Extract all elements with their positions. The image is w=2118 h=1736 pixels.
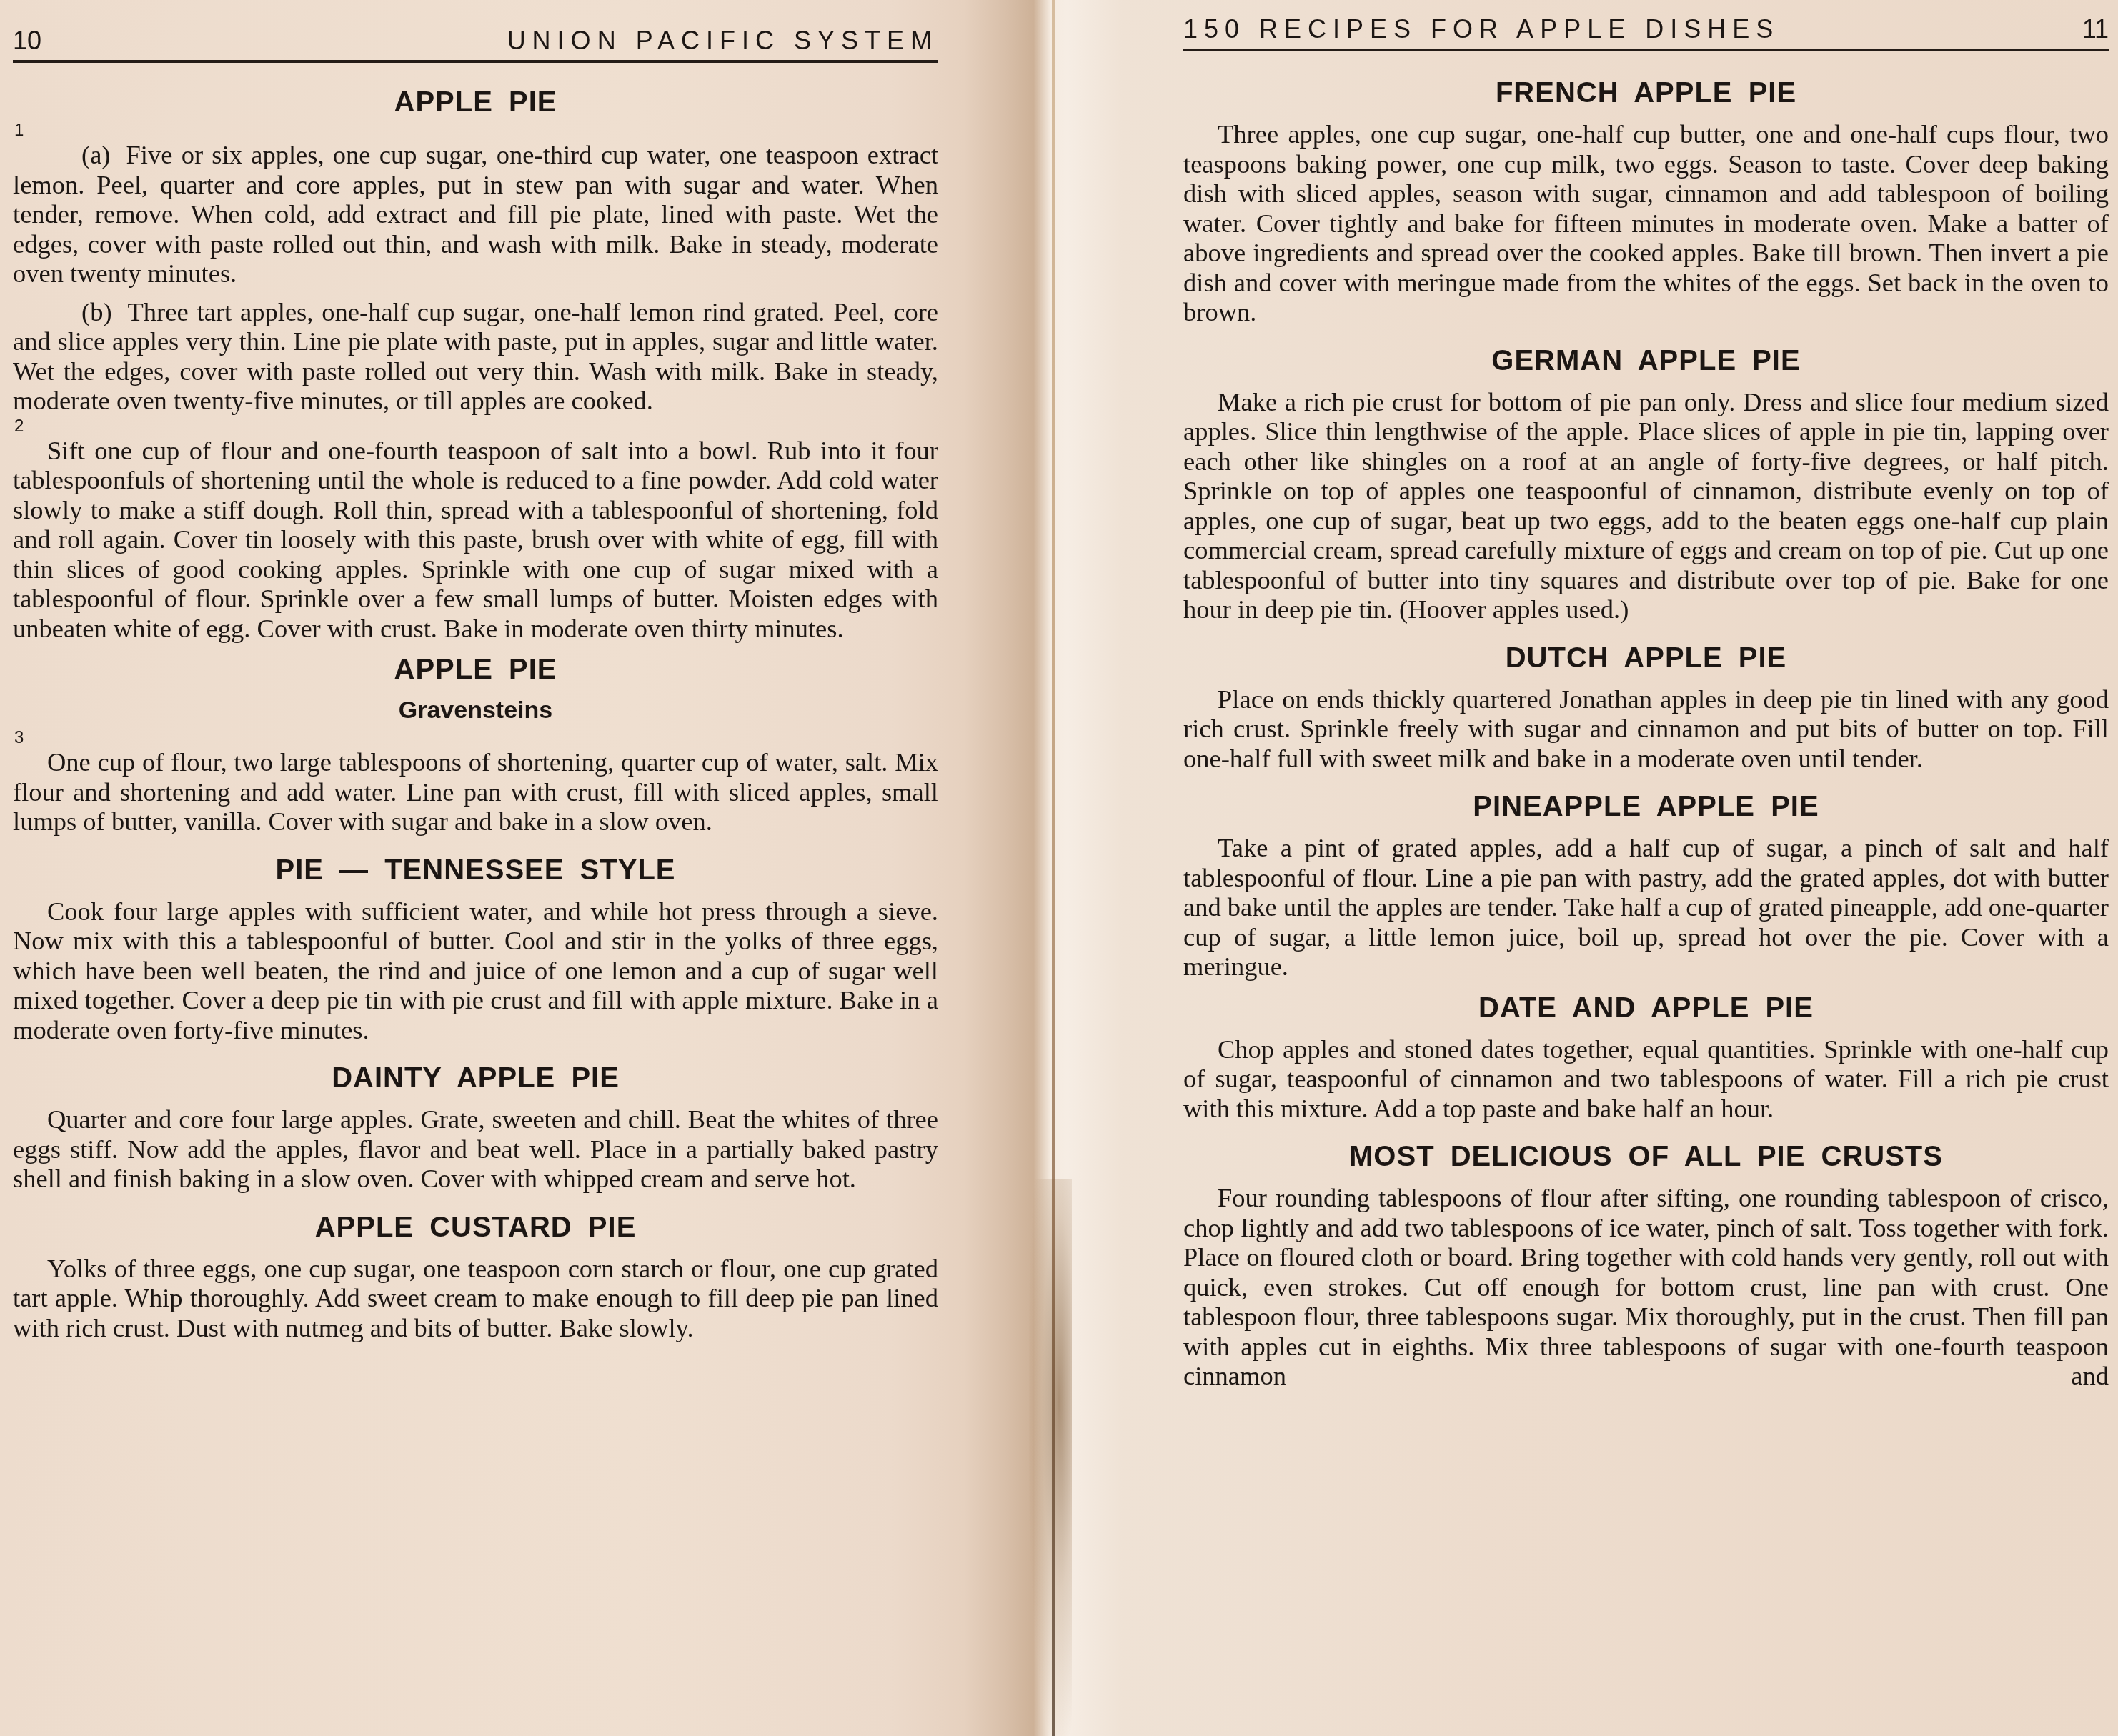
recipe-apple-custard-pie: APPLE CUSTARD PIE Yolks of three eggs, o…	[13, 1194, 938, 1343]
recipe-german-apple-pie: GERMAN APPLE PIE Make a rich pie crust f…	[1183, 327, 2109, 624]
recipe-paragraph: Yolks of three eggs, one cup sugar, one …	[13, 1254, 938, 1343]
recipe-number: 1	[14, 121, 938, 140]
recipe-tennessee-style: PIE — TENNESSEE STYLE Cook four large ap…	[13, 837, 938, 1045]
recipe-paragraph: Chop apples and stoned dates together, e…	[1183, 1034, 2109, 1124]
running-head-right: 150 RECIPES FOR APPLE DISHES 11	[1183, 9, 2109, 51]
recipe-title: APPLE PIE	[13, 652, 938, 687]
page-number: 11	[2082, 14, 2109, 44]
recipe-french-apple-pie: FRENCH APPLE PIE Three apples, one cup s…	[1183, 75, 2109, 327]
recipe-paragraph: Make a rich pie crust for bottom of pie …	[1183, 387, 2109, 624]
running-title: UNION PACIFIC SYSTEM	[507, 26, 938, 56]
recipe-pineapple-apple-pie: PINEAPPLE APPLE PIE Take a pint of grate…	[1183, 773, 2109, 982]
recipe-paragraph: Four rounding tablespoons of flour after…	[1183, 1183, 2109, 1391]
recipe-paragraph: (b)Three tart apples, one-half cup sugar…	[13, 297, 938, 416]
recipe-title: DATE AND APPLE PIE	[1183, 990, 2109, 1026]
recipe-apple-pie-gravensteins: APPLE PIE Gravensteins 3 One cup of flou…	[13, 643, 938, 837]
recipe-title: MOST DELICIOUS OF ALL PIE CRUSTS	[1183, 1139, 2109, 1174]
recipe-apple-pie-1: APPLE PIE 1 (a)Five or six apples, one c…	[13, 84, 938, 643]
page-number: 10	[13, 26, 41, 56]
book-gutter	[1052, 0, 1055, 1736]
recipe-dutch-apple-pie: DUTCH APPLE PIE Place on ends thickly qu…	[1183, 624, 2109, 774]
recipe-paragraph: Cook four large apples with sufficient w…	[13, 897, 938, 1045]
recipe-title: DAINTY APPLE PIE	[13, 1060, 938, 1096]
recipe-title: FRENCH APPLE PIE	[1183, 75, 2109, 111]
recipe-paragraph: One cup of flour, two large tablespoons …	[13, 747, 938, 837]
recipe-paragraph: Take a pint of grated apples, add a half…	[1183, 833, 2109, 982]
recipe-paragraph: (a)Five or six apples, one cup sugar, on…	[13, 140, 938, 289]
recipe-number: 3	[14, 729, 938, 747]
recipe-title: APPLE CUSTARD PIE	[13, 1209, 938, 1245]
recipe-paragraph: Sift one cup of flour and one-fourth tea…	[13, 436, 938, 644]
paragraph-label: (b)	[47, 297, 112, 327]
gutter-stain	[1029, 1179, 1072, 1736]
left-page: 10 UNION PACIFIC SYSTEM APPLE PIE 1 (a)F…	[13, 0, 938, 1736]
running-head-left: 10 UNION PACIFIC SYSTEM	[13, 20, 938, 63]
recipe-paragraph: Three apples, one cup sugar, one-half cu…	[1183, 119, 2109, 327]
recipe-title: APPLE PIE	[13, 84, 938, 120]
book-spread: 10 UNION PACIFIC SYSTEM APPLE PIE 1 (a)F…	[0, 0, 2118, 1736]
recipe-paragraph: Quarter and core four large apples. Grat…	[13, 1104, 938, 1194]
recipe-title: DUTCH APPLE PIE	[1183, 640, 2109, 676]
recipe-subtitle: Gravensteins	[13, 694, 938, 726]
right-page-content: FRENCH APPLE PIE Three apples, one cup s…	[1183, 75, 2109, 1391]
recipe-title: PIE — TENNESSEE STYLE	[13, 852, 938, 888]
right-page: 150 RECIPES FOR APPLE DISHES 11 FRENCH A…	[1183, 0, 2109, 1736]
recipe-title: PINEAPPLE APPLE PIE	[1183, 789, 2109, 824]
left-page-content: APPLE PIE 1 (a)Five or six apples, one c…	[13, 84, 938, 1342]
recipe-dainty-apple-pie: DAINTY APPLE PIE Quarter and core four l…	[13, 1044, 938, 1194]
recipe-paragraph: Place on ends thickly quartered Jonathan…	[1183, 684, 2109, 774]
recipe-date-and-apple-pie: DATE AND APPLE PIE Chop apples and stone…	[1183, 982, 2109, 1124]
running-title: 150 RECIPES FOR APPLE DISHES	[1183, 14, 1779, 44]
recipe-title: GERMAN APPLE PIE	[1183, 343, 2109, 379]
recipe-number: 2	[14, 417, 938, 436]
paragraph-label: (a)	[47, 140, 111, 170]
recipe-most-delicious-pie-crusts: MOST DELICIOUS OF ALL PIE CRUSTS Four ro…	[1183, 1123, 2109, 1391]
